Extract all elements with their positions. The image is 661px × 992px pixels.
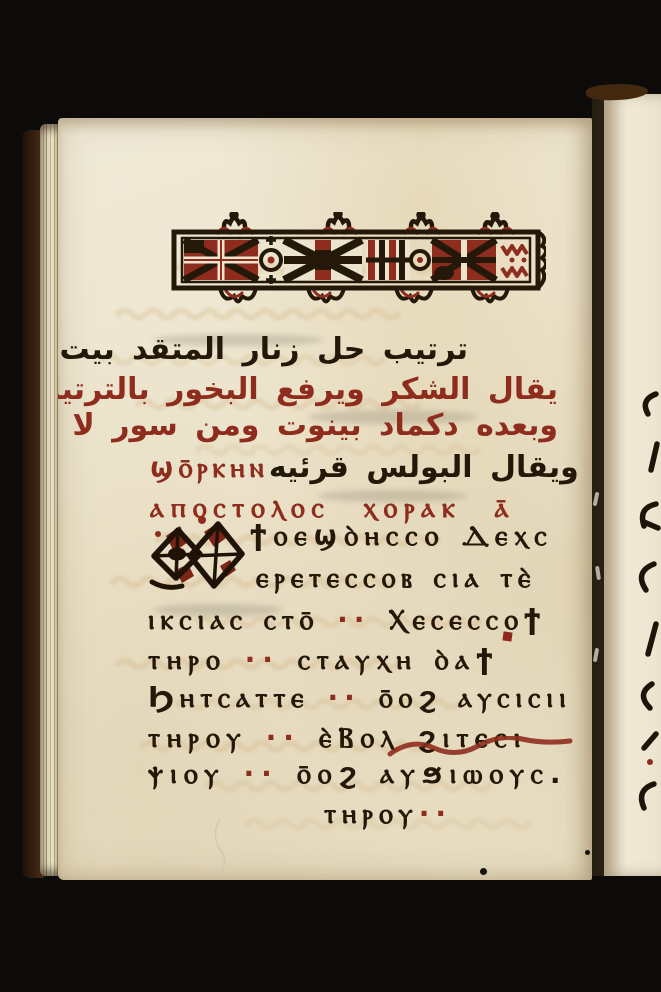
- text-line-1: ترتيب حل زنار المتقد بيت: [158, 330, 468, 370]
- text-segment: ترتيب حل زنار المتقد بيت: [59, 332, 468, 367]
- text-segment: ويقال البولس قرئيه: [269, 448, 579, 488]
- red-dot-separator: ··: [245, 643, 280, 676]
- ink-speck: [585, 850, 590, 855]
- red-dot-separator: ··: [266, 721, 301, 754]
- text-segment: Ⲭⲉⲥⲉⲥⲥⲟϯ: [388, 603, 546, 636]
- text-segment: ⲟ̄ⲟϩ ⲁⲩⲥⲓⲥⲓⲓ: [379, 681, 572, 714]
- text-segment: ϣⲟ̄ⲣⲕⲏⲛ: [150, 448, 269, 488]
- text-segment: وبعده دكماد بينوت ومن سور لا معه: [58, 408, 558, 443]
- ornamental-initial: [146, 514, 246, 602]
- manuscript-page: ترتيب حل زنار المتقد بيت يقال الشكر ويرف…: [58, 118, 592, 880]
- text-segment: ϯⲟⲉϣⲟ̀ⲏⲥⲥⲟ Ⲇⲉⲭⲥ: [250, 519, 554, 552]
- text-line-4: ϣⲟ̄ⲣⲕⲏⲛ ويقال البولس قرئيه: [150, 448, 522, 488]
- text-segment: ⲯⲓⲟⲩ: [148, 757, 226, 790]
- red-dot-separator: ··: [419, 797, 452, 830]
- text-line-7: ⲉⲣⲉⲧⲉⲥⲥⲟⲃ ⲥⲓⲁ ⲧⲉ̀: [256, 558, 536, 598]
- red-dot-separator: ··: [327, 681, 360, 714]
- knotwork-initial-icon: [146, 514, 246, 602]
- interlaced-cross-band-icon: [168, 212, 546, 308]
- red-underline-flourish: [386, 736, 576, 762]
- text-segment: ⲧⲏⲣⲟ: [148, 643, 227, 676]
- facing-page-sliver: [604, 94, 661, 876]
- text-line-2: يقال الشكر ويرفع البخور بالترتيل: [146, 370, 558, 410]
- text-segment: ⲧⲏⲣⲟⲩ: [148, 721, 248, 754]
- text-line-9: ⲧⲏⲣⲟ··ⲥⲧⲁⲩⲭⲏ ⲟ̀ⲁϯ: [148, 640, 500, 680]
- text-segment: ⲥⲧⲁⲩⲭⲏ ⲟ̀ⲁϯ: [298, 643, 500, 676]
- headpiece-ornament: [168, 212, 546, 308]
- text-segment: ⲉⲣⲉⲧⲉⲥⲥⲟⲃ ⲥⲓⲁ ⲧⲉ̀: [256, 561, 536, 594]
- text-line-3: وبعده دكماد بينوت ومن سور لا معه: [146, 406, 558, 446]
- text-line-10: Ϧⲏⲧⲥⲁⲧⲧⲉ··ⲟ̄ⲟϩ ⲁⲩⲥⲓⲥⲓⲓ: [148, 678, 572, 718]
- text-line-6: ϯⲟⲉϣⲟ̀ⲏⲥⲥⲟ Ⲇⲉⲭⲥ: [250, 516, 554, 556]
- text-line-13: ⲧⲏⲣⲟⲩ··: [238, 794, 538, 834]
- text-segment: ⲧⲏⲣⲟⲩ: [324, 797, 419, 830]
- loose-thread: [204, 816, 234, 876]
- text-segment: ⲓⲕⲥⲓⲁⲥ ⲥⲧⲟ̄: [148, 603, 319, 636]
- red-square-accent: [502, 631, 512, 641]
- ink-speck: [480, 868, 487, 875]
- facing-page-text-fragments: [604, 94, 661, 876]
- text-line-8: ⲓⲕⲥⲓⲁⲥ ⲥⲧⲟ̄··Ⲭⲉⲥⲉⲥⲥⲟϯ: [148, 600, 546, 640]
- photo-stage: ترتيب حل زنار المتقد بيت يقال الشكر ويرف…: [0, 0, 661, 992]
- red-dot-separator: ··: [244, 757, 279, 790]
- red-dot-separator: ··: [337, 603, 370, 636]
- text-segment: Ϧⲏⲧⲥⲁⲧⲧⲉ: [148, 681, 309, 714]
- text-segment: يقال الشكر ويرفع البخور بالترتيل: [58, 372, 558, 407]
